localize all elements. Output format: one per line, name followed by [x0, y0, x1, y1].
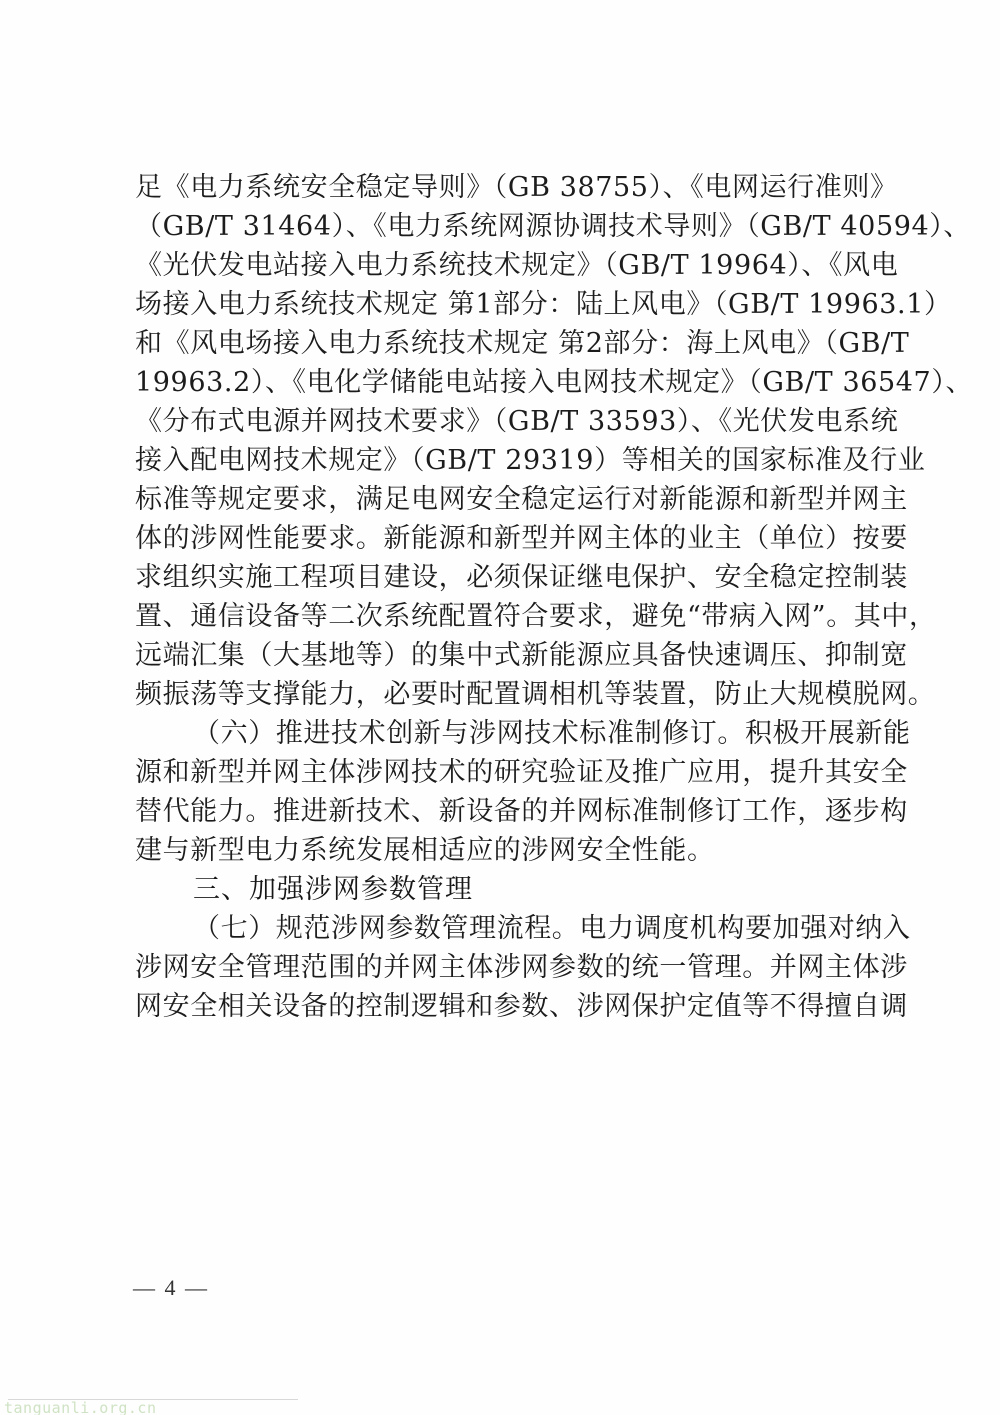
- text-line: 体的涉网性能要求。新能源和新型并网主体的业主（单位）按要: [135, 519, 879, 558]
- text-line: 19963.2）、《电化学储能电站接入电网技术规定》（GB/T 36547）、: [135, 363, 879, 402]
- text-line: 接入配电网技术规定》（GB/T 29319）等相关的国家标准及行业: [135, 441, 879, 480]
- subsection-7-first-line: （七）规范涉网参数管理流程。电力调度机构要加强对纳入: [135, 909, 879, 948]
- text-line: 求组织实施工程项目建设，必须保证继电保护、安全稳定控制装: [135, 558, 879, 597]
- text-line: 标准等规定要求，满足电网安全稳定运行对新能源和新型并网主: [135, 480, 879, 519]
- document-body: 足《电力系统安全稳定导则》（GB 38755）、《电网运行准则》 （GB/T 3…: [135, 168, 879, 1026]
- text-line: 和《风电场接入电力系统技术规定 第2部分：海上风电》（GB/T: [135, 324, 879, 363]
- document-page: 足《电力系统安全稳定导则》（GB 38755）、《电网运行准则》 （GB/T 3…: [0, 0, 1000, 1415]
- section-heading: 三、加强涉网参数管理: [135, 870, 879, 909]
- text-line: 《分布式电源并网技术要求》（GB/T 33593）、《光伏发电系统: [135, 402, 879, 441]
- subsection-6-first-line: （六）推进技术创新与涉网技术标准制修订。积极开展新能: [135, 714, 879, 753]
- text-line: 场接入电力系统技术规定 第1部分：陆上风电》（GB/T 19963.1）: [135, 285, 879, 324]
- text-line: 源和新型并网主体涉网技术的研究验证及推广应用，提升其安全: [135, 753, 879, 792]
- text-line: 网安全相关设备的控制逻辑和参数、涉网保护定值等不得擅自调: [135, 987, 879, 1026]
- text-line: （GB/T 31464）、《电力系统网源协调技术导则》（GB/T 40594）、: [135, 207, 879, 246]
- text-line: 频振荡等支撑能力，必要时配置调相机等装置，防止大规模脱网。: [135, 675, 879, 714]
- watermark-text: tanguanli.org.cn: [4, 1399, 157, 1415]
- page-number: — 4 —: [133, 1275, 209, 1301]
- text-line: 置、通信设备等二次系统配置符合要求，避免“带病入网”。其中，: [135, 597, 879, 636]
- text-line: 远端汇集（大基地等）的集中式新能源应具备快速调压、抑制宽: [135, 636, 879, 675]
- text-line: 涉网安全管理范围的并网主体涉网参数的统一管理。并网主体涉: [135, 948, 879, 987]
- text-line: 建与新型电力系统发展相适应的涉网安全性能。: [135, 831, 879, 870]
- text-line: 《光伏发电站接入电力系统技术规定》（GB/T 19964）、《风电: [135, 246, 879, 285]
- text-line: 替代能力。推进新技术、新设备的并网标准制修订工作，逐步构: [135, 792, 879, 831]
- text-line: 足《电力系统安全稳定导则》（GB 38755）、《电网运行准则》: [135, 168, 879, 207]
